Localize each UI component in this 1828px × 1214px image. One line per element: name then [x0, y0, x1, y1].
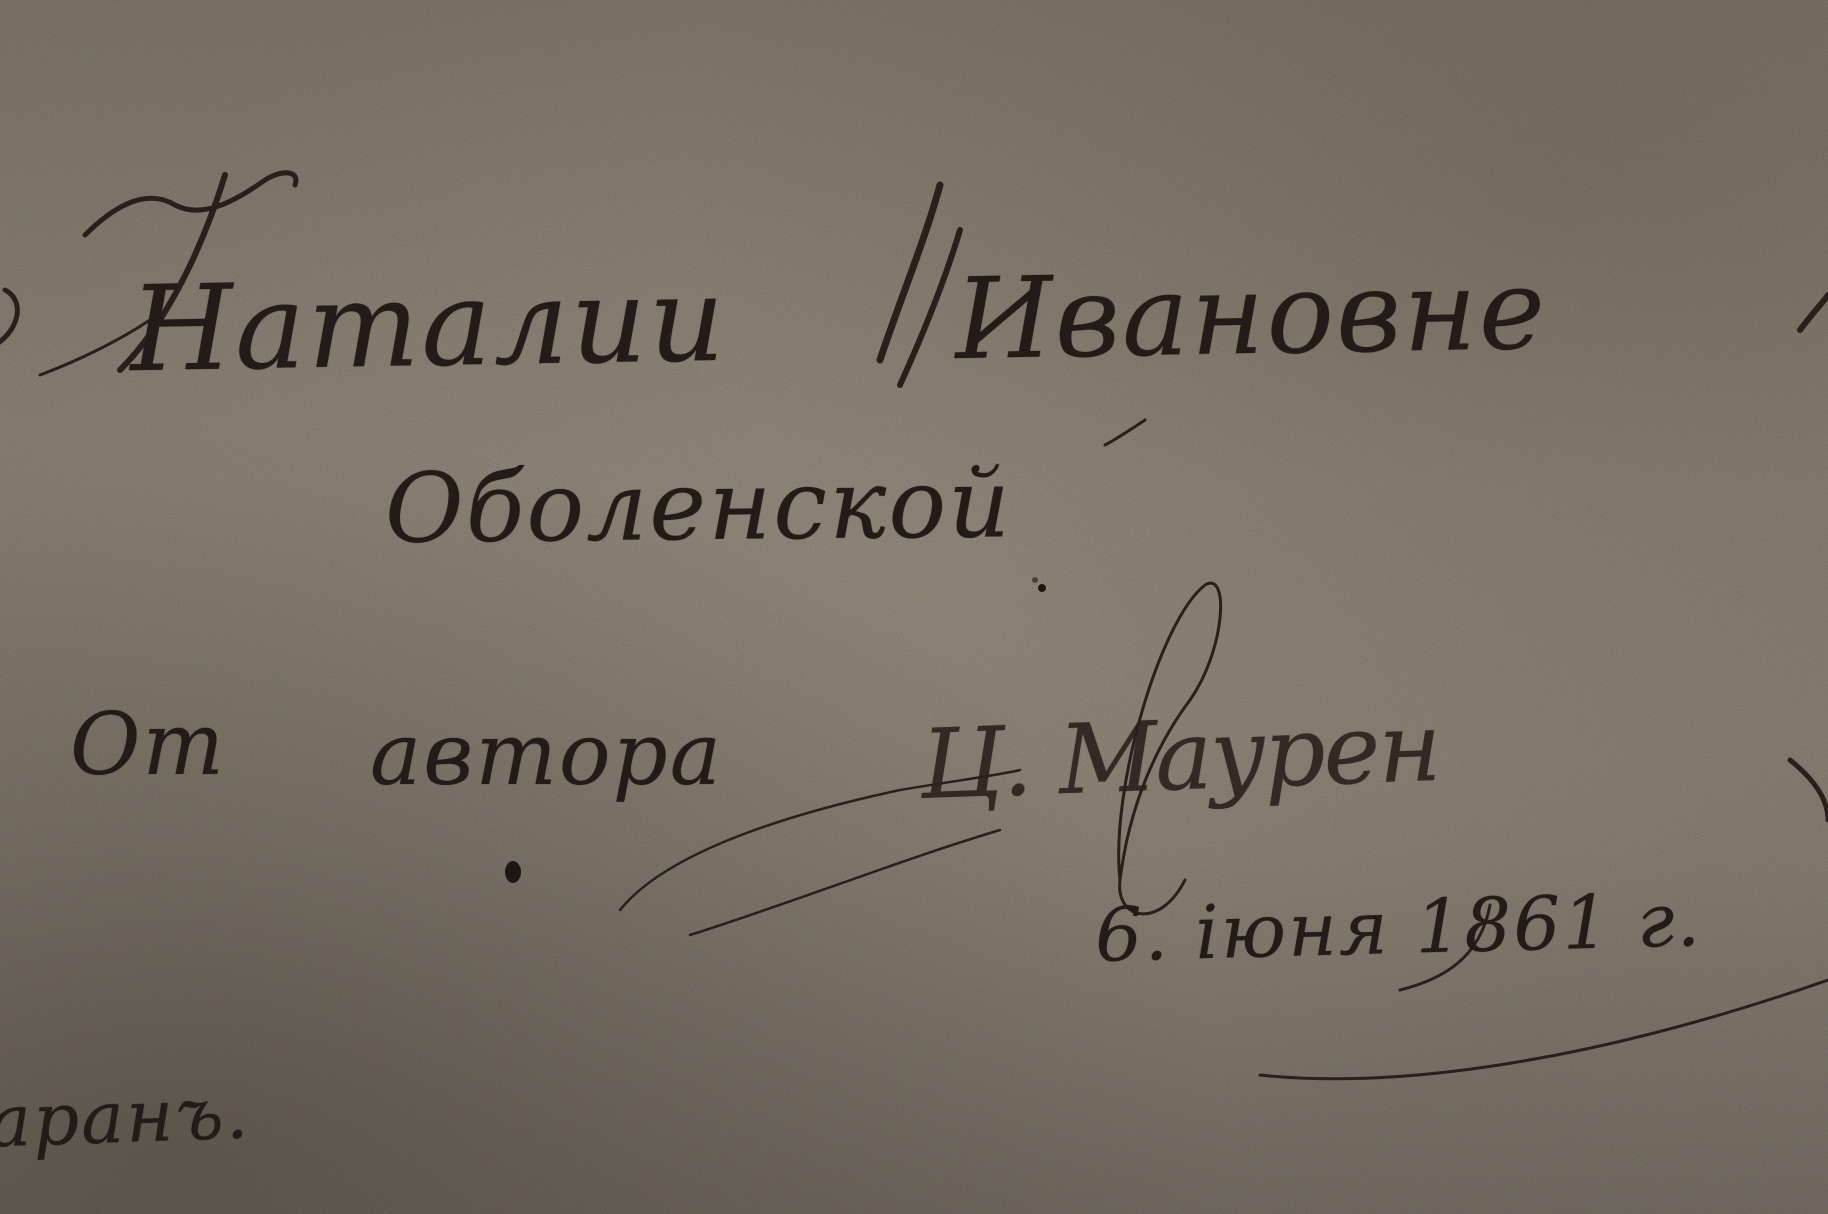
ink-dot-surname: [1032, 577, 1038, 583]
signature-underline-2: [690, 830, 1000, 935]
recipient-surname: Оболенской: [385, 447, 1013, 564]
document-page: Наталии Ивановне Оболенской От автора Ц.…: [0, 0, 1828, 1214]
right-edge-signature-tail: [1790, 760, 1828, 820]
capital-i-stroke-1: [880, 185, 940, 360]
author-signature: Ц. Маурен: [918, 691, 1441, 821]
surname-accent: [1105, 420, 1145, 445]
pen-flourishes: [0, 0, 1828, 1214]
inscription-date: 6. іюня 1861 г.: [1094, 877, 1703, 979]
right-edge-swash: [1260, 980, 1828, 1079]
bottom-text-fragment: аранъ.: [0, 1070, 252, 1163]
author-label: автора: [370, 705, 723, 805]
capital-n-flourish: [85, 173, 296, 235]
recipient-patronymic: Ивановне: [954, 245, 1548, 385]
capital-i-stroke-2: [900, 230, 960, 385]
from-label: От: [70, 695, 226, 795]
capital-n-left-loop: [0, 290, 17, 345]
ink-dot-small: [1038, 584, 1046, 592]
recipient-first-name: Наталии: [129, 250, 728, 398]
right-edge-stroke: [1800, 295, 1828, 330]
ink-dot: [505, 861, 521, 883]
